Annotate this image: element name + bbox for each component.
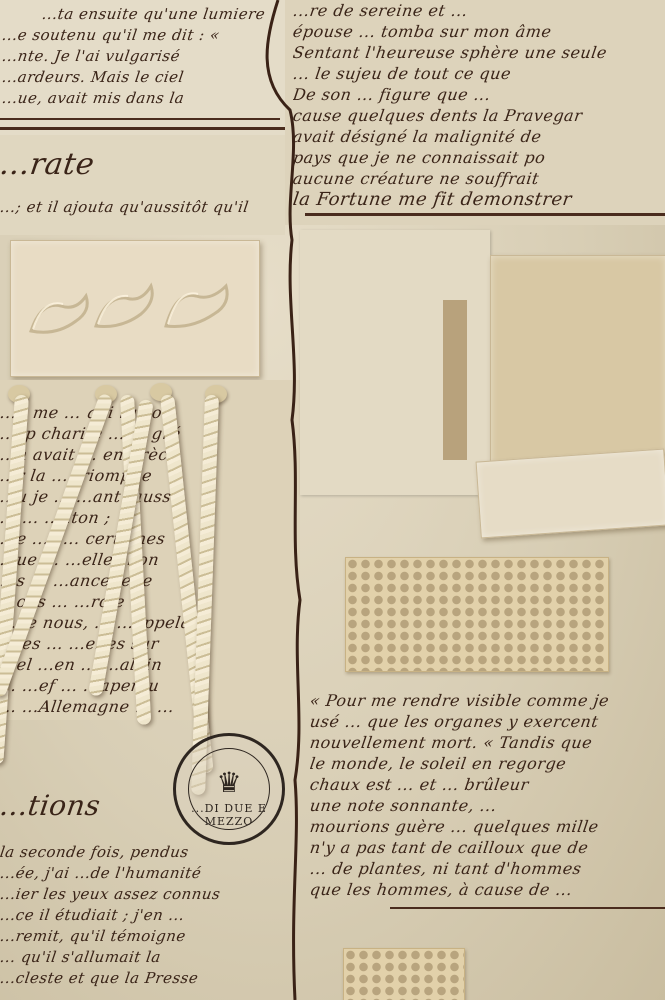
collage-artwork: ...ta ensuite qu'une lumiere ...e souten… (0, 0, 665, 1000)
ink-divider-line (0, 0, 665, 1000)
